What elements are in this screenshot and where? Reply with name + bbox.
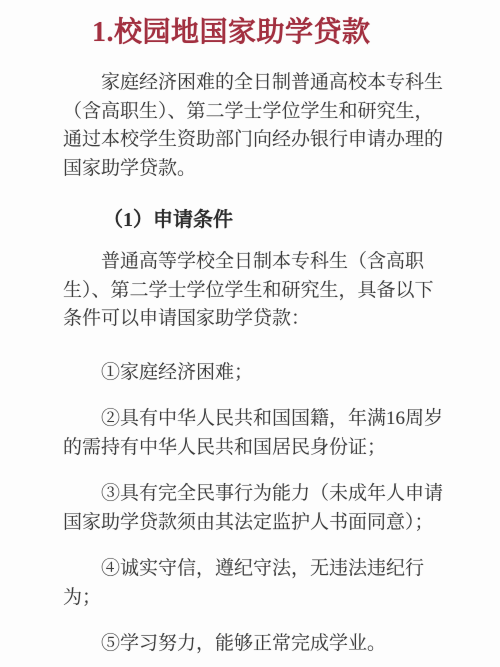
document-page: 1.校园地国家助学贷款 家庭经济困难的全日制普通高校本专科生（含高职生）、第二学… — [0, 0, 500, 667]
section-heading: （1）申请条件 — [63, 206, 444, 234]
condition-item-4: ④诚实守信，遵纪守法，无违法违纪行为； — [63, 555, 444, 612]
condition-item-3: ③具有完全民事行为能力（未成年人申请国家助学贷款须由其法定监护人书面同意）； — [63, 480, 444, 537]
conditions-lead-paragraph: 普通高等学校全日制本专科生（含高职生）、第二学士学位学生和研究生，具备以下条件可… — [63, 248, 444, 334]
condition-item-1: ①家庭经济困难； — [63, 359, 444, 388]
document-title: 1.校园地国家助学贷款 — [92, 14, 444, 52]
condition-item-2: ②具有中华人民共和国国籍，年满16周岁的需持有中华人民共和国居民身份证； — [63, 405, 444, 462]
intro-paragraph: 家庭经济困难的全日制普通高校本专科生（含高职生）、第二学士学位学生和研究生，通过… — [63, 69, 444, 183]
condition-item-5: ⑤学习努力，能够正常完成学业。 — [63, 630, 444, 659]
